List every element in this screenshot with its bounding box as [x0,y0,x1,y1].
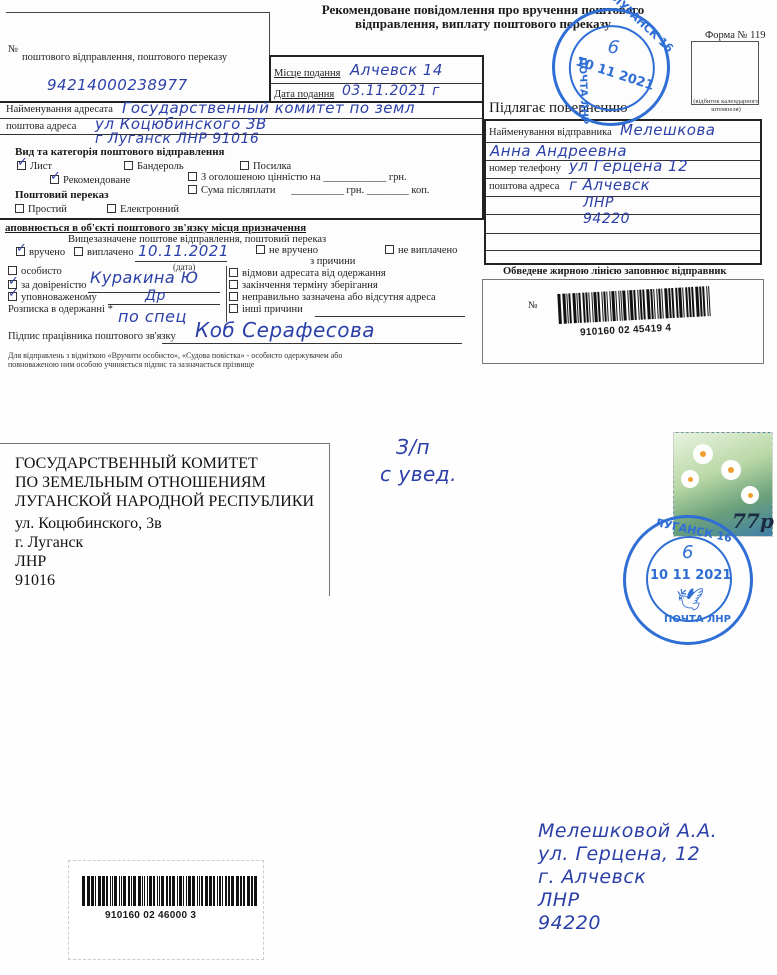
cod-currency-kop: коп. [411,185,429,196]
number-sublabel: поштового відправлення, поштового перека… [22,52,227,63]
other-reason-rule [315,316,465,317]
receipt-value: по спец [118,307,187,326]
reasons-divider [226,266,227,322]
barcode-number-label: № [528,300,538,311]
sender-fill-note: Обведене жирною лінією заповнює відправн… [503,266,726,277]
recipient-signature: Др [145,288,166,304]
option-letter-label: Лист [30,161,52,172]
proxy-option[interactable]: за довіреністю [8,280,86,291]
not-paid-option[interactable]: не виплачено [385,245,457,256]
worker-signature-label: Підпис працівника поштового зв'язку [8,331,176,342]
not-paid-label: не виплачено [398,245,457,256]
postage-value: 77р [732,509,774,533]
category-heading: Вид та категорія поштового відправлення [15,146,224,158]
authorized-option[interactable]: уповноваженому [8,292,97,303]
option-parcel-small[interactable]: Бандероль [124,161,184,172]
daisy-icon [684,473,696,485]
return-org-line1: ГОСУДАРСТВЕННЫЙ КОМИТЕТ [15,454,314,473]
option-cod[interactable]: Сума післяплати __________ грн. ________… [188,185,429,196]
return-org-line2: ПО ЗЕМЕЛЬНЫМ ОТНОШЕНИЯМ [15,473,314,492]
banderol-checkbox[interactable] [124,161,133,170]
sender-rule-6 [486,233,760,234]
not-delivered-checkbox[interactable] [256,245,265,254]
postal-address-line2: г Луганск ЛНР 91016 [95,131,259,147]
receipt-label: Розписка в одержанні * [8,304,113,315]
not-paid-checkbox[interactable] [385,245,394,254]
paid-label: виплачено [87,247,134,258]
option-registered[interactable]: Рекомендоване [50,175,130,186]
personal-label: особисто [21,266,62,277]
sender-rule-4 [486,196,760,197]
recipient-line5: 94220 [538,912,717,935]
postmark-envelope-office: 6 [682,542,693,563]
sender-address-label: поштова адреса [489,181,559,192]
authorized-rule [108,304,220,305]
recipient-line3: г. Алчевск [538,866,717,889]
postmark-envelope: ЛУГАНСК 16 6 10 11 2021 ПОЧТА ЛНР 🕊 [623,515,753,645]
delivery-notice-form: Рекомендоване повідомлення про вручення … [0,0,777,410]
option-registered-label: Рекомендоване [63,175,130,186]
reason-refusal-label: відмови адресата від одержання [242,268,386,279]
transfer-simple[interactable]: Простий [15,204,67,215]
transfer-electronic[interactable]: Електронний [107,204,179,215]
return-street-line2: г. Луганск [15,533,162,552]
cod-checkbox[interactable] [188,185,197,194]
option-declared-value[interactable]: З оголошеною цінністю на ____________ гр… [188,172,407,183]
not-delivered-label: не вручено [269,245,318,256]
delivery-date: 10.11.2021 [138,242,229,260]
recipient-line4: ЛНР [538,889,717,912]
tracking-number: 94214000238977 [47,76,188,94]
return-org-line3: ЛУГАНСКОЙ НАРОДНОЙ РЕСПУБЛИКИ [15,492,314,511]
storage-expired-checkbox[interactable] [229,280,238,289]
declared-value-checkbox[interactable] [188,172,197,181]
other-reason-checkbox[interactable] [229,304,238,313]
stamp-caption: (відбиток календарного штемпеля) [683,98,769,114]
return-street-line3: ЛНР [15,552,162,571]
paid-option[interactable]: виплачено [74,247,134,258]
handwritten-note-line1: З/п [396,435,430,459]
option-parcel-label: Посилка [253,161,291,172]
transfer-simple-label: Простий [28,204,67,215]
reasons-caption: з причини [310,256,355,267]
recipient-line2: ул. Герцена, 12 [538,843,717,866]
footnote-line1: Для відправлень з відміткою «Вручити осо… [8,351,342,360]
daisy-icon [724,463,738,477]
recipient-line1: Мелешковой А.А. [538,820,717,843]
bad-address-checkbox[interactable] [229,292,238,301]
reason-storage-expired[interactable]: закінчення терміну зберігання [229,280,378,291]
registered-checkbox[interactable] [50,175,59,184]
number-label: № [8,44,18,55]
worker-signature-rule [162,343,462,344]
envelope-barcode-digits: 910160 02 46000 3 [105,910,196,921]
declared-value-currency: грн. [389,172,407,183]
destination-heading: аповнюється в об'єкті поштового зв'язку … [5,222,306,234]
authorized-label: уповноваженому [21,292,97,303]
delivered-option[interactable]: вручено [16,247,65,258]
sender-address-line2: ЛНР [583,195,614,211]
sender-phone-value: ул Герцена 12 [569,157,688,175]
sender-name-label: Найменування відправника [489,127,612,138]
authorized-checkbox[interactable] [8,292,17,301]
proxy-label: за довіреністю [21,280,86,291]
cod-currency-uah: грн. [346,185,364,196]
not-delivered-option[interactable]: не вручено [256,245,318,256]
electronic-transfer-checkbox[interactable] [107,204,116,213]
footnote: Для відправлень з відміткою «Вручити осо… [8,351,342,369]
refusal-checkbox[interactable] [229,268,238,277]
return-street-line4: 91016 [15,571,162,590]
postmark-top-bottom: ПОЧТА ЛНР [576,57,589,124]
option-banderol-label: Бандероль [137,161,184,172]
dove-icon: 🕊 [676,588,704,613]
sender-rule-7 [486,250,760,251]
place-label: Місце подання [274,68,340,79]
sender-name-value: Мелешкова [620,121,715,139]
stamp-impression-box [691,41,759,105]
handwritten-note-line2: с увед. [380,462,457,486]
simple-transfer-checkbox[interactable] [15,204,24,213]
reason-storage-expired-label: закінчення терміну зберігання [242,280,378,291]
form-number: Форма № 119 [705,30,766,41]
reason-bad-address-label: неправильно зазначена або відсутня адрес… [242,292,436,303]
daisy-icon [744,489,756,501]
daisy-icon [696,447,710,461]
delivered-label: вручено [29,247,65,258]
delivered-checkbox[interactable] [16,247,25,256]
date-value: 03.11.2021 г [342,83,440,99]
envelope: ГОСУДАРСТВЕННЫЙ КОМИТЕТ ПО ЗЕМЕЛЬНЫМ ОТН… [0,410,777,975]
postmark-envelope-bottom: ПОЧТА ЛНР [664,614,731,625]
option-letter[interactable]: Лист [17,161,52,172]
return-street-line1: ул. Коцюбинского, 3в [15,514,162,533]
reason-other-label: інші причини [242,304,303,315]
recipient-address: Мелешковой А.А. ул. Герцена, 12 г. Алчев… [538,820,717,935]
reason-other[interactable]: інші причини [229,304,303,315]
option-parcel[interactable]: Посилка [240,161,291,172]
recipient-name: Куракина Ю [90,268,198,287]
postal-address-label: поштова адреса [6,121,76,132]
footnote-line2: повноваженою ним особою учиняється підпи… [8,360,342,369]
sender-phone-label: номер телефону [489,163,561,174]
letter-checkbox[interactable] [17,161,26,170]
return-address-street: ул. Коцюбинского, 3в г. Луганск ЛНР 9101… [15,514,162,590]
envelope-barcode [82,876,259,906]
reason-bad-address[interactable]: неправильно зазначена або відсутня адрес… [229,292,436,303]
option-declared-value-label: З оголошеною цінністю на [201,172,321,183]
addressee-label: Найменування адресата [6,104,113,115]
paid-checkbox[interactable] [74,247,83,256]
place-value: Алчевск 14 [350,61,443,79]
sender-address-line3: 94220 [583,211,630,227]
return-address-org: ГОСУДАРСТВЕННЫЙ КОМИТЕТ ПО ЗЕМЕЛЬНЫМ ОТН… [15,454,314,511]
postmark-envelope-date: 10 11 2021 [650,568,731,583]
reason-refusal[interactable]: відмови адресата від одержання [229,268,386,279]
transfer-heading: Поштовий переказ [15,189,109,201]
transfer-electronic-label: Електронний [120,204,179,215]
sender-address-line1: г Алчевск [569,176,650,194]
option-cod-label: Сума післяплати [201,185,275,196]
parcel-checkbox[interactable] [240,161,249,170]
worker-signature: Коб Серафесова [195,318,375,342]
number-box-top-rule [6,12,270,13]
